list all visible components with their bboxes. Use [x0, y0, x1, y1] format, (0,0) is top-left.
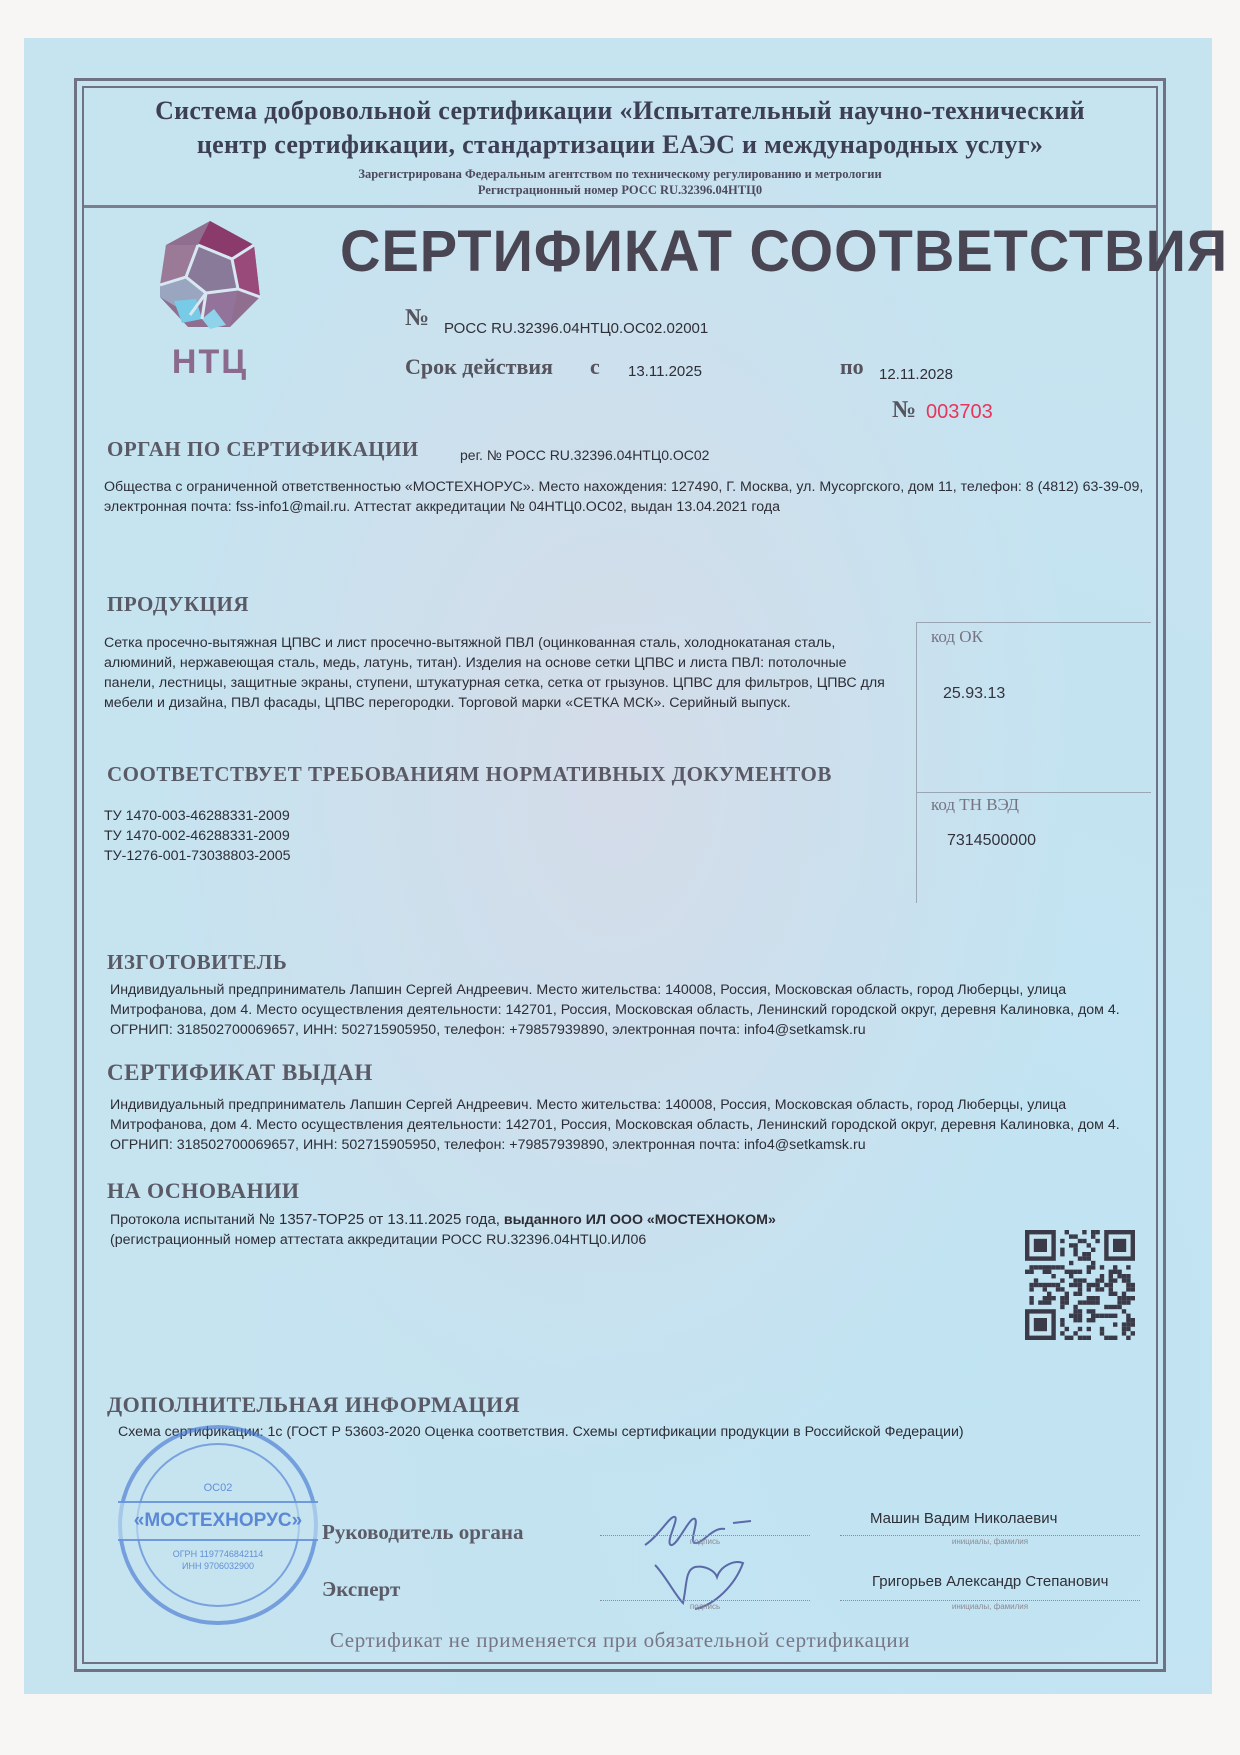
expert-signature-caption: подпись: [600, 1602, 810, 1611]
stamp-org-name: «МОСТЕХНОРУС»: [118, 1501, 318, 1541]
tnved-code-box: код ТН ВЭД 7314500000: [916, 792, 1151, 903]
head-signature-line: [600, 1535, 810, 1536]
valid-to-label: по: [840, 354, 864, 380]
normative-document: ТУ-1276-001-73038803-2005: [104, 846, 291, 866]
registered-line: Зарегистрирована Федеральным агентством …: [90, 167, 1150, 182]
expert-name-line: [840, 1600, 1140, 1601]
certificate-number: РОСС RU.32396.04НТЦ0.ОС02.02001: [444, 320, 708, 337]
expert-name-caption: инициалы, фамилия: [840, 1602, 1140, 1611]
protocol-prefix: Протокола испытаний: [110, 1212, 255, 1228]
qr-code-graphic: [1025, 1230, 1135, 1340]
issued-to-heading: СЕРТИФИКАТ ВЫДАН: [107, 1060, 373, 1086]
signature-scribble-icon: [635, 1505, 775, 1615]
system-name-line1: Система добровольной сертификации «Испыт…: [90, 96, 1150, 126]
compliance-heading: СООТВЕТСТВУЕТ ТРЕБОВАНИЯМ НОРМАТИВНЫХ ДО…: [107, 762, 832, 787]
valid-to-date: 12.11.2028: [879, 366, 953, 383]
logo-text: НТЦ: [150, 343, 270, 382]
head-name: Машин Вадим Николаевич: [870, 1510, 1057, 1527]
head-signature-caption: подпись: [600, 1537, 810, 1546]
valid-from-label: с: [590, 354, 600, 380]
validity-label: Срок действия: [405, 354, 553, 380]
expert-signature-line: [600, 1600, 810, 1601]
certification-body-reg-number: рег. № РОСС RU.32396.04НТЦ0.ОС02: [460, 447, 709, 463]
issued-to-text: Индивидуальный предприниматель Лапшин Се…: [110, 1095, 1150, 1155]
certification-body-text: Общества с ограниченной ответственностью…: [104, 477, 1144, 517]
ntc-polyhedron-logo-icon: [150, 215, 270, 335]
normative-document: ТУ 1470-003-46288331-2009: [104, 806, 291, 826]
reg-number-line: Регистрационный номер РОСС RU.32396.04НТ…: [90, 183, 1150, 198]
certification-body-heading: ОРГАН ПО СЕРТИФИКАЦИИ: [107, 437, 419, 462]
organization-stamp: ОС02 «МОСТЕХНОРУС» ОГРН 1197746842114 ИН…: [118, 1425, 318, 1625]
head-of-body-label: Руководитель органа: [322, 1520, 524, 1545]
ok-code-box: код ОК 25.93.13: [916, 622, 1151, 793]
certificate-title: СЕРТИФИКАТ СООТВЕТСТВИЯ: [340, 216, 1228, 284]
additional-info-heading: ДОПОЛНИТЕЛЬНАЯ ИНФОРМАЦИЯ: [107, 1392, 520, 1418]
expert-name: Григорьев Александр Степанович: [872, 1573, 1108, 1590]
ok-code-value: 25.93.13: [943, 685, 1005, 703]
protocol-number: № 1357-ТОР25 от 13.11.2025 года,: [259, 1211, 500, 1228]
qr-code-icon[interactable]: [1025, 1230, 1135, 1340]
number-sign: №: [405, 305, 429, 332]
manufacturer-heading: ИЗГОТОВИТЕЛЬ: [107, 950, 287, 975]
stamp-inn: ИНН 9706032900: [122, 1561, 314, 1571]
valid-from-date: 13.11.2025: [628, 363, 702, 380]
footer-note: Сертификат не применяется при обязательн…: [84, 1628, 1156, 1653]
products-heading: ПРОДУКЦИЯ: [107, 592, 249, 617]
ntc-logo: НТЦ: [150, 215, 270, 385]
stamp-ogrn: ОГРН 1197746842114: [122, 1549, 314, 1559]
basis-text: Протокола испытаний № 1357-ТОР25 от 13.1…: [110, 1210, 1010, 1250]
tnved-code-label: код ТН ВЭД: [931, 795, 1019, 815]
head-name-line: [840, 1535, 1140, 1536]
protocol-issuer: выданного ИЛ ООО «МОСТЕХНОКОМ»: [504, 1212, 776, 1228]
products-text: Сетка просечно-вытяжная ЦПВС и лист прос…: [104, 633, 894, 713]
expert-label: Эксперт: [322, 1577, 400, 1602]
basis-heading: НА ОСНОВАНИИ: [107, 1178, 300, 1204]
stamp-code: ОС02: [122, 1482, 314, 1494]
normative-document: ТУ 1470-002-46288331-2009: [104, 826, 291, 846]
system-name-line2: центр сертификации, стандартизации ЕАЭС …: [90, 130, 1150, 160]
ok-code-label: код ОК: [931, 627, 983, 647]
protocol-accreditation: (регистрационный номер аттестата аккреди…: [110, 1232, 646, 1248]
blank-number: 003703: [926, 401, 993, 424]
compliance-documents: ТУ 1470-003-46288331-2009 ТУ 1470-002-46…: [104, 806, 291, 866]
tnved-code-value: 7314500000: [947, 832, 1036, 850]
header-divider: [84, 205, 1156, 208]
manufacturer-text: Индивидуальный предприниматель Лапшин Се…: [110, 980, 1150, 1040]
blank-number-sign: №: [892, 397, 916, 424]
head-name-caption: инициалы, фамилия: [840, 1537, 1140, 1546]
